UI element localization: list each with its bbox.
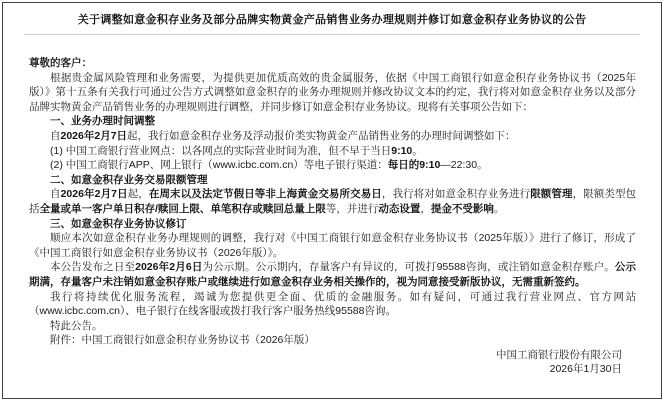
text-run: 自 bbox=[50, 188, 61, 200]
emphasis-text-run: 2026年2月7日 bbox=[61, 188, 128, 200]
text-run: 等，并进行 bbox=[326, 203, 379, 215]
emphasis-text-run: 9:10 bbox=[391, 145, 412, 157]
signature-block: 中国工商银行股份有限公司 2026年1月30日 bbox=[29, 348, 636, 377]
attachment-line: 附件：中国工商银行如意金积存业务协议书（2026年版） bbox=[29, 333, 636, 348]
announcement-screenshot: 关于调整如意金积存业务及部分品牌实物黄金产品销售业务办理规则并修订如意金积存业务… bbox=[0, 0, 664, 401]
section-3-paragraph-2: 本公告发布之日至2026年2月6日为公示期。公示期内，存量客户有异议的，可拨打9… bbox=[29, 260, 636, 289]
page-title: 关于调整如意金积存业务及部分品牌实物黄金产品销售业务办理规则并修订如意金积存业务… bbox=[3, 14, 661, 27]
text-run: ，我行将对如意金积存业务进行 bbox=[382, 188, 530, 200]
text-run: 起， bbox=[128, 188, 149, 200]
title-divider bbox=[24, 34, 640, 35]
emphasis-text-run: 提金不受影响 bbox=[431, 203, 494, 215]
emphasis-text-run: 全量或单一客户单日积存/赎回上限、单笔积存或赎回总量上限 bbox=[40, 203, 326, 215]
emphasis-text-run: 限额管理 bbox=[530, 188, 572, 200]
text-run: 起，我行如意金积存业务及浮动报价类实物黄金产品销售业务的办理时间调整如下： bbox=[127, 130, 516, 142]
section-3-paragraph-1: 顺应本次如意金积存业务办理规则的调整，我行对《中国工商银行如意金积存业务协议书（… bbox=[29, 231, 636, 260]
text-run: —22:30。 bbox=[440, 159, 487, 171]
text-run: (2) 中国工商银行APP、网上银行（www.icbc.com.cn）等电子银行… bbox=[50, 159, 388, 171]
closing-line: 特此公告。 bbox=[29, 319, 636, 334]
text-run: 本公告发布之日至 bbox=[50, 261, 135, 273]
section-1-item-1: (1) 中国工商银行营业网点：以各网点的实际营业时间为准，但不早于当日9:10。 bbox=[29, 144, 636, 159]
section-2-paragraph: 自2026年2月7日起，在周末以及法定节假日等非上海黄金交易所交易日，我行将对如… bbox=[29, 187, 636, 216]
emphasis-text-run: 动态设置 bbox=[378, 203, 420, 215]
text-run: 。 bbox=[412, 145, 423, 157]
signature-company: 中国工商银行股份有限公司 bbox=[29, 348, 622, 363]
text-run: 自 bbox=[50, 130, 61, 142]
text-run: ， bbox=[420, 203, 431, 215]
salutation: 尊敬的客户： bbox=[29, 56, 636, 71]
emphasis-text-run: 在周末以及法定节假日等非上海黄金交易所交易日 bbox=[149, 188, 382, 200]
section-3-heading: 三、如意金积存业务协议修订 bbox=[29, 217, 636, 232]
signature-date: 2026年1月30日 bbox=[29, 362, 622, 377]
section-1-heading: 一、业务办理时间调整 bbox=[29, 114, 636, 129]
emphasis-text-run: 2026年2月7日 bbox=[61, 130, 128, 142]
section-1-intro: 自2026年2月7日起，我行如意金积存业务及浮动报价类实物黄金产品销售业务的办理… bbox=[29, 129, 636, 144]
section-1-item-2: (2) 中国工商银行APP、网上银行（www.icbc.com.cn）等电子银行… bbox=[29, 158, 636, 173]
section-2-heading: 二、如意金积存业务交易限额管理 bbox=[29, 173, 636, 188]
intro-paragraph: 根据贵金属风险管理和业务需要，为提供更加优质高效的贵金属服务，依据《中国工商银行… bbox=[29, 71, 636, 115]
text-run: 为公示期。公示期内，存量客户有异议的，可拨打95588咨询，或注销如意金积存账户… bbox=[203, 261, 615, 273]
emphasis-text-run: 每日的9:10 bbox=[388, 159, 441, 171]
emphasis-text-run: 2026年2月6日 bbox=[135, 261, 202, 273]
announcement-page: 关于调整如意金积存业务及部分品牌实物黄金产品销售业务办理规则并修订如意金积存业务… bbox=[2, 2, 662, 399]
section-3-paragraph-3: 我行将持续优化服务流程，竭诚为您提供更全面、优质的金融服务。如有疑问，可通过我行… bbox=[29, 290, 636, 319]
text-run: (1) 中国工商银行营业网点：以各网点的实际营业时间为准，但不早于当日 bbox=[50, 145, 391, 157]
text-run: 。 bbox=[494, 203, 505, 215]
announcement-body: 尊敬的客户： 根据贵金属风险管理和业务需要，为提供更加优质高效的贵金属服务，依据… bbox=[29, 56, 636, 377]
